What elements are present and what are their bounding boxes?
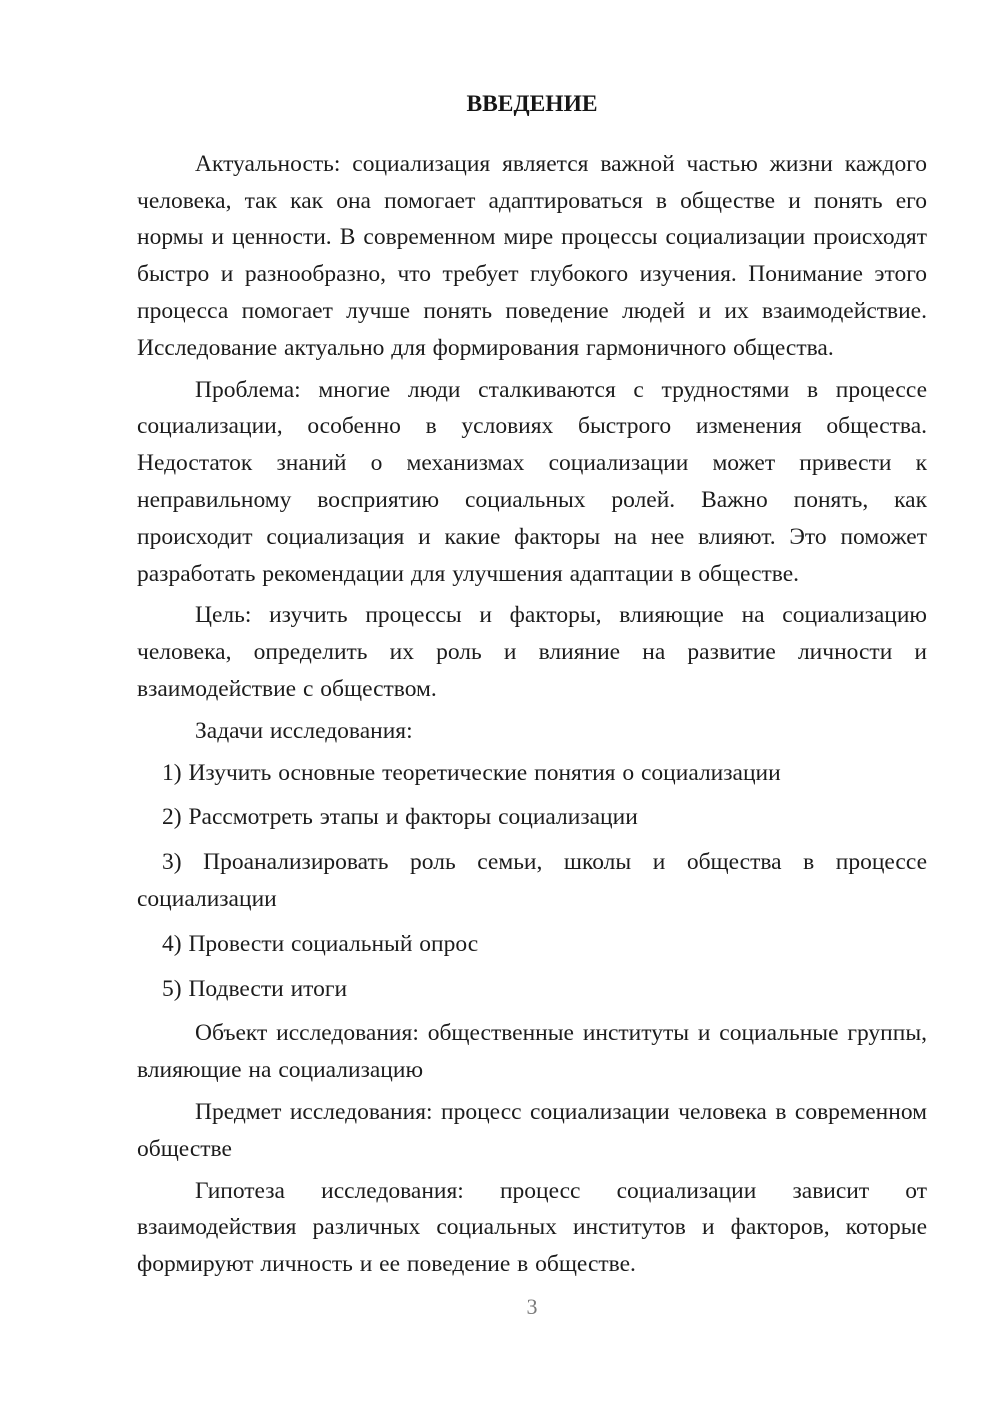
paragraph-hypothesis: Гипотеза исследования: процесс социализа… [137,1173,927,1283]
task-item-1: 1) Изучить основные теоретические поняти… [137,755,927,792]
paragraph-problem: Проблема: многие люди сталкиваются с тру… [137,372,927,593]
tasks-heading: Задачи исследования: [137,713,927,750]
task-item-4: 4) Провести социальный опрос [137,926,927,963]
document-page: ВВЕДЕНИЕ Актуальность: социализация явля… [0,0,1000,1414]
task-item-5: 5) Подвести итоги [137,971,927,1008]
paragraph-goal: Цель: изучить процессы и факторы, влияющ… [137,597,927,707]
paragraph-actuality: Актуальность: социализация является важн… [137,146,927,367]
paragraph-subject: Предмет исследования: процесс социализац… [137,1094,927,1168]
page-number: 3 [137,1292,927,1322]
task-item-2: 2) Рассмотреть этапы и факторы социализа… [137,799,927,836]
task-item-3: 3) Проанализировать роль семьи, школы и … [137,844,927,918]
paragraph-object: Объект исследования: общественные инстит… [137,1015,927,1089]
page-title: ВВЕДЕНИЕ [137,86,927,123]
